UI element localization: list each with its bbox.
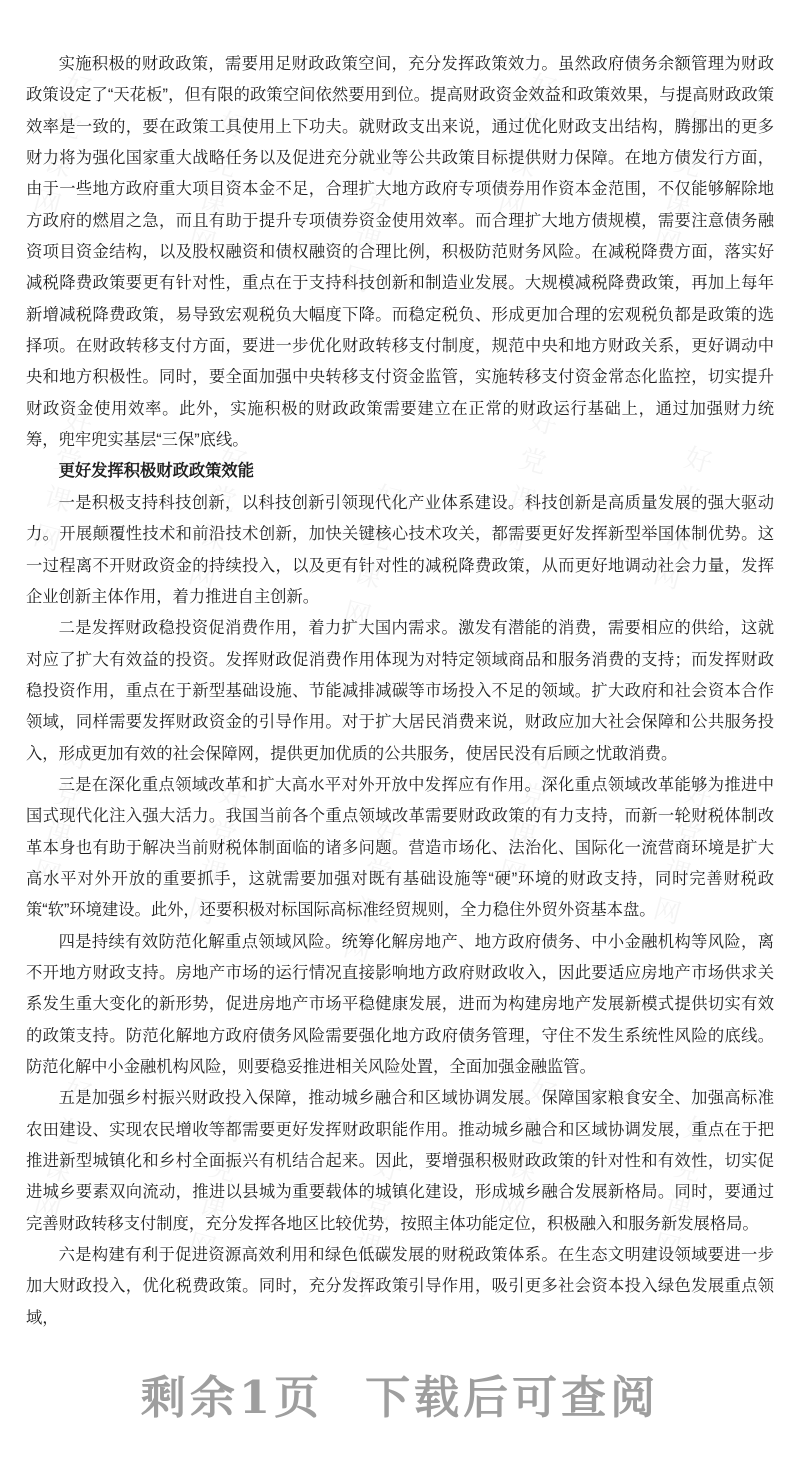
document-page: 好党课网好党课网好党课网好党课网好党课网好党课网好党课网好党课网好党课网好党课网… [0, 0, 800, 1475]
section-heading: 更好发挥积极财政政策效能 [26, 456, 774, 487]
remaining-pages-banner: 剩余1页下载后可查阅 [0, 1370, 800, 1426]
paragraph-point-5: 五是加强乡村振兴财政投入保障，推动城乡融合和区域协调发展。保障国家粮食安全、加强… [26, 1083, 774, 1240]
paragraph-intro: 实施积极的财政政策，需要用足财政政策空间，充分发挥政策效力。虽然政府债务余额管理… [26, 49, 774, 456]
remaining-pages-label: 剩余1页 [141, 1371, 323, 1424]
paragraph-point-3: 三是在深化重点领域改革和扩大高水平对外开放中发挥应有作用。深化重点领域改革能够为… [26, 770, 774, 927]
document-content: 实施积极的财政政策，需要用足财政政策空间，充分发挥政策效力。虽然政府债务余额管理… [26, 0, 774, 1334]
download-hint-label: 下载后可查阅 [365, 1371, 659, 1424]
paragraph-point-1: 一是积极支持科技创新，以科技创新引领现代化产业体系建设。科技创新是高质量发展的强… [26, 488, 774, 613]
paragraph-point-4: 四是持续有效防范化解重点领域风险。统筹化解房地产、地方政府债务、中小金融机构等风… [26, 927, 774, 1084]
paragraph-point-6: 六是构建有利于促进资源高效利用和绿色低碳发展的财税政策体系。在生态文明建设领域要… [26, 1240, 774, 1334]
paragraph-point-2: 二是发挥财政稳投资促消费作用，着力扩大国内需求。激发有潜能的消费，需要相应的供给… [26, 613, 774, 770]
